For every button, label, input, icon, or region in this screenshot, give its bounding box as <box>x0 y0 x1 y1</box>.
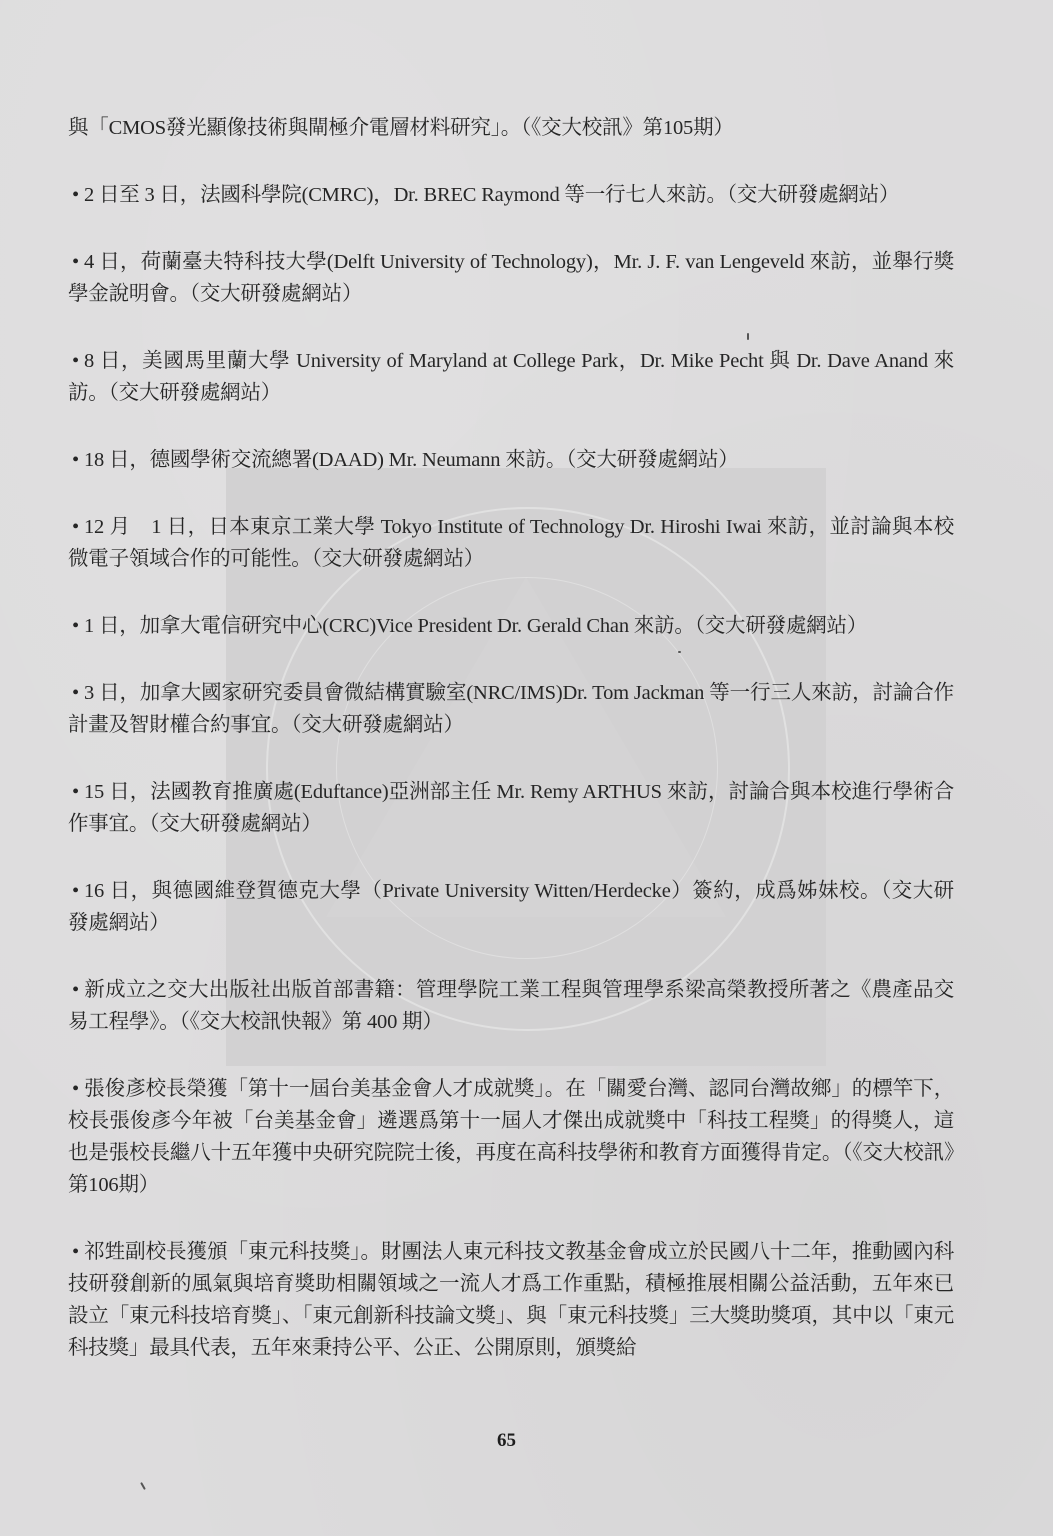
bullet-icon: • <box>72 776 84 808</box>
bullet-icon: • <box>72 610 84 642</box>
list-item: •2 日至 3 日，法國科學院(CMRC)，Dr. BREC Raymond 等… <box>68 179 954 211</box>
paragraph-text: 與「CMOS發光顯像技術與閘極介電層材料研究」。（《交大校訊》第105期） <box>68 117 734 139</box>
list-item: •1 日，加拿大電信研究中心(CRC)Vice President Dr. Ge… <box>68 610 954 642</box>
page-number: 65 <box>0 1430 1013 1452</box>
list-item: •8 日，美國馬里蘭大學 University of Maryland at C… <box>68 345 954 409</box>
bullet-icon: • <box>72 511 84 543</box>
scanned-page: 與「CMOS發光顯像技術與閘極介電層材料研究」。（《交大校訊》第105期） •2… <box>0 0 1053 1536</box>
body-text: 與「CMOS發光顯像技術與閘極介電層材料研究」。（《交大校訊》第105期） •2… <box>68 112 954 1399</box>
paragraph-text: 15 日，法國教育推廣處(Eduftance)亞洲部主任 Mr. Remy AR… <box>68 781 954 835</box>
paragraph-text: 12 月 1 日，日本東京工業大學 Tokyo Institute of Tec… <box>68 516 954 570</box>
paragraph-text: 3 日，加拿大國家研究委員會微結構實驗室(NRC/IMS)Dr. Tom Jac… <box>68 682 954 736</box>
bullet-icon: • <box>72 246 84 278</box>
bullet-icon: • <box>72 444 84 476</box>
list-item: •15 日，法國教育推廣處(Eduftance)亞洲部主任 Mr. Remy A… <box>68 776 954 840</box>
list-item: •4 日，荷蘭臺夫特科技大學(Delft University of Techn… <box>68 246 954 310</box>
list-item: •祁甡副校長獲頒「東元科技獎」。財團法人東元科技文教基金會成立於民國八十二年，推… <box>68 1236 954 1364</box>
bullet-icon: • <box>72 875 84 907</box>
paragraph-text: 8 日，美國馬里蘭大學 University of Maryland at Co… <box>68 350 954 404</box>
list-item: •張俊彥校長榮獲「第十一屆台美基金會人才成就獎」。在「關愛台灣、認同台灣故鄉」的… <box>68 1073 954 1201</box>
list-item: •新成立之交大出版社出版首部書籍：管理學院工業工程與管理學系梁高榮教授所著之《農… <box>68 974 954 1038</box>
bullet-icon: • <box>72 1236 84 1268</box>
paragraph-text: 新成立之交大出版社出版首部書籍：管理學院工業工程與管理學系梁高榮教授所著之《農產… <box>68 979 954 1033</box>
paragraph-text: 4 日，荷蘭臺夫特科技大學(Delft University of Techno… <box>68 251 954 305</box>
scan-speck <box>140 1482 146 1490</box>
bullet-icon: • <box>72 974 84 1006</box>
paragraph-continuation: 與「CMOS發光顯像技術與閘極介電層材料研究」。（《交大校訊》第105期） <box>68 112 954 144</box>
bullet-icon: • <box>72 179 84 211</box>
paragraph-text: 祁甡副校長獲頒「東元科技獎」。財團法人東元科技文教基金會成立於民國八十二年，推動… <box>68 1241 954 1359</box>
list-item: •16 日，與德國維登賀德克大學（Private University Witt… <box>68 875 954 939</box>
bullet-icon: • <box>72 1073 84 1105</box>
paragraph-text: 張俊彥校長榮獲「第十一屆台美基金會人才成就獎」。在「關愛台灣、認同台灣故鄉」的標… <box>68 1078 954 1196</box>
scan-speck <box>678 651 681 653</box>
bullet-icon: • <box>72 345 84 377</box>
paragraph-text: 1 日，加拿大電信研究中心(CRC)Vice President Dr. Ger… <box>84 615 867 637</box>
list-item: •12 月 1 日，日本東京工業大學 Tokyo Institute of Te… <box>68 511 954 575</box>
paragraph-text: 18 日，德國學術交流總署(DAAD) Mr. Neumann 來訪。（交大研發… <box>84 449 739 471</box>
scan-speck <box>747 333 749 340</box>
bullet-icon: • <box>72 677 84 709</box>
paragraph-text: 2 日至 3 日，法國科學院(CMRC)，Dr. BREC Raymond 等一… <box>84 184 899 206</box>
paragraph-text: 16 日，與德國維登賀德克大學（Private University Witte… <box>68 880 954 934</box>
list-item: •3 日，加拿大國家研究委員會微結構實驗室(NRC/IMS)Dr. Tom Ja… <box>68 677 954 741</box>
list-item: •18 日，德國學術交流總署(DAAD) Mr. Neumann 來訪。（交大研… <box>68 444 954 476</box>
